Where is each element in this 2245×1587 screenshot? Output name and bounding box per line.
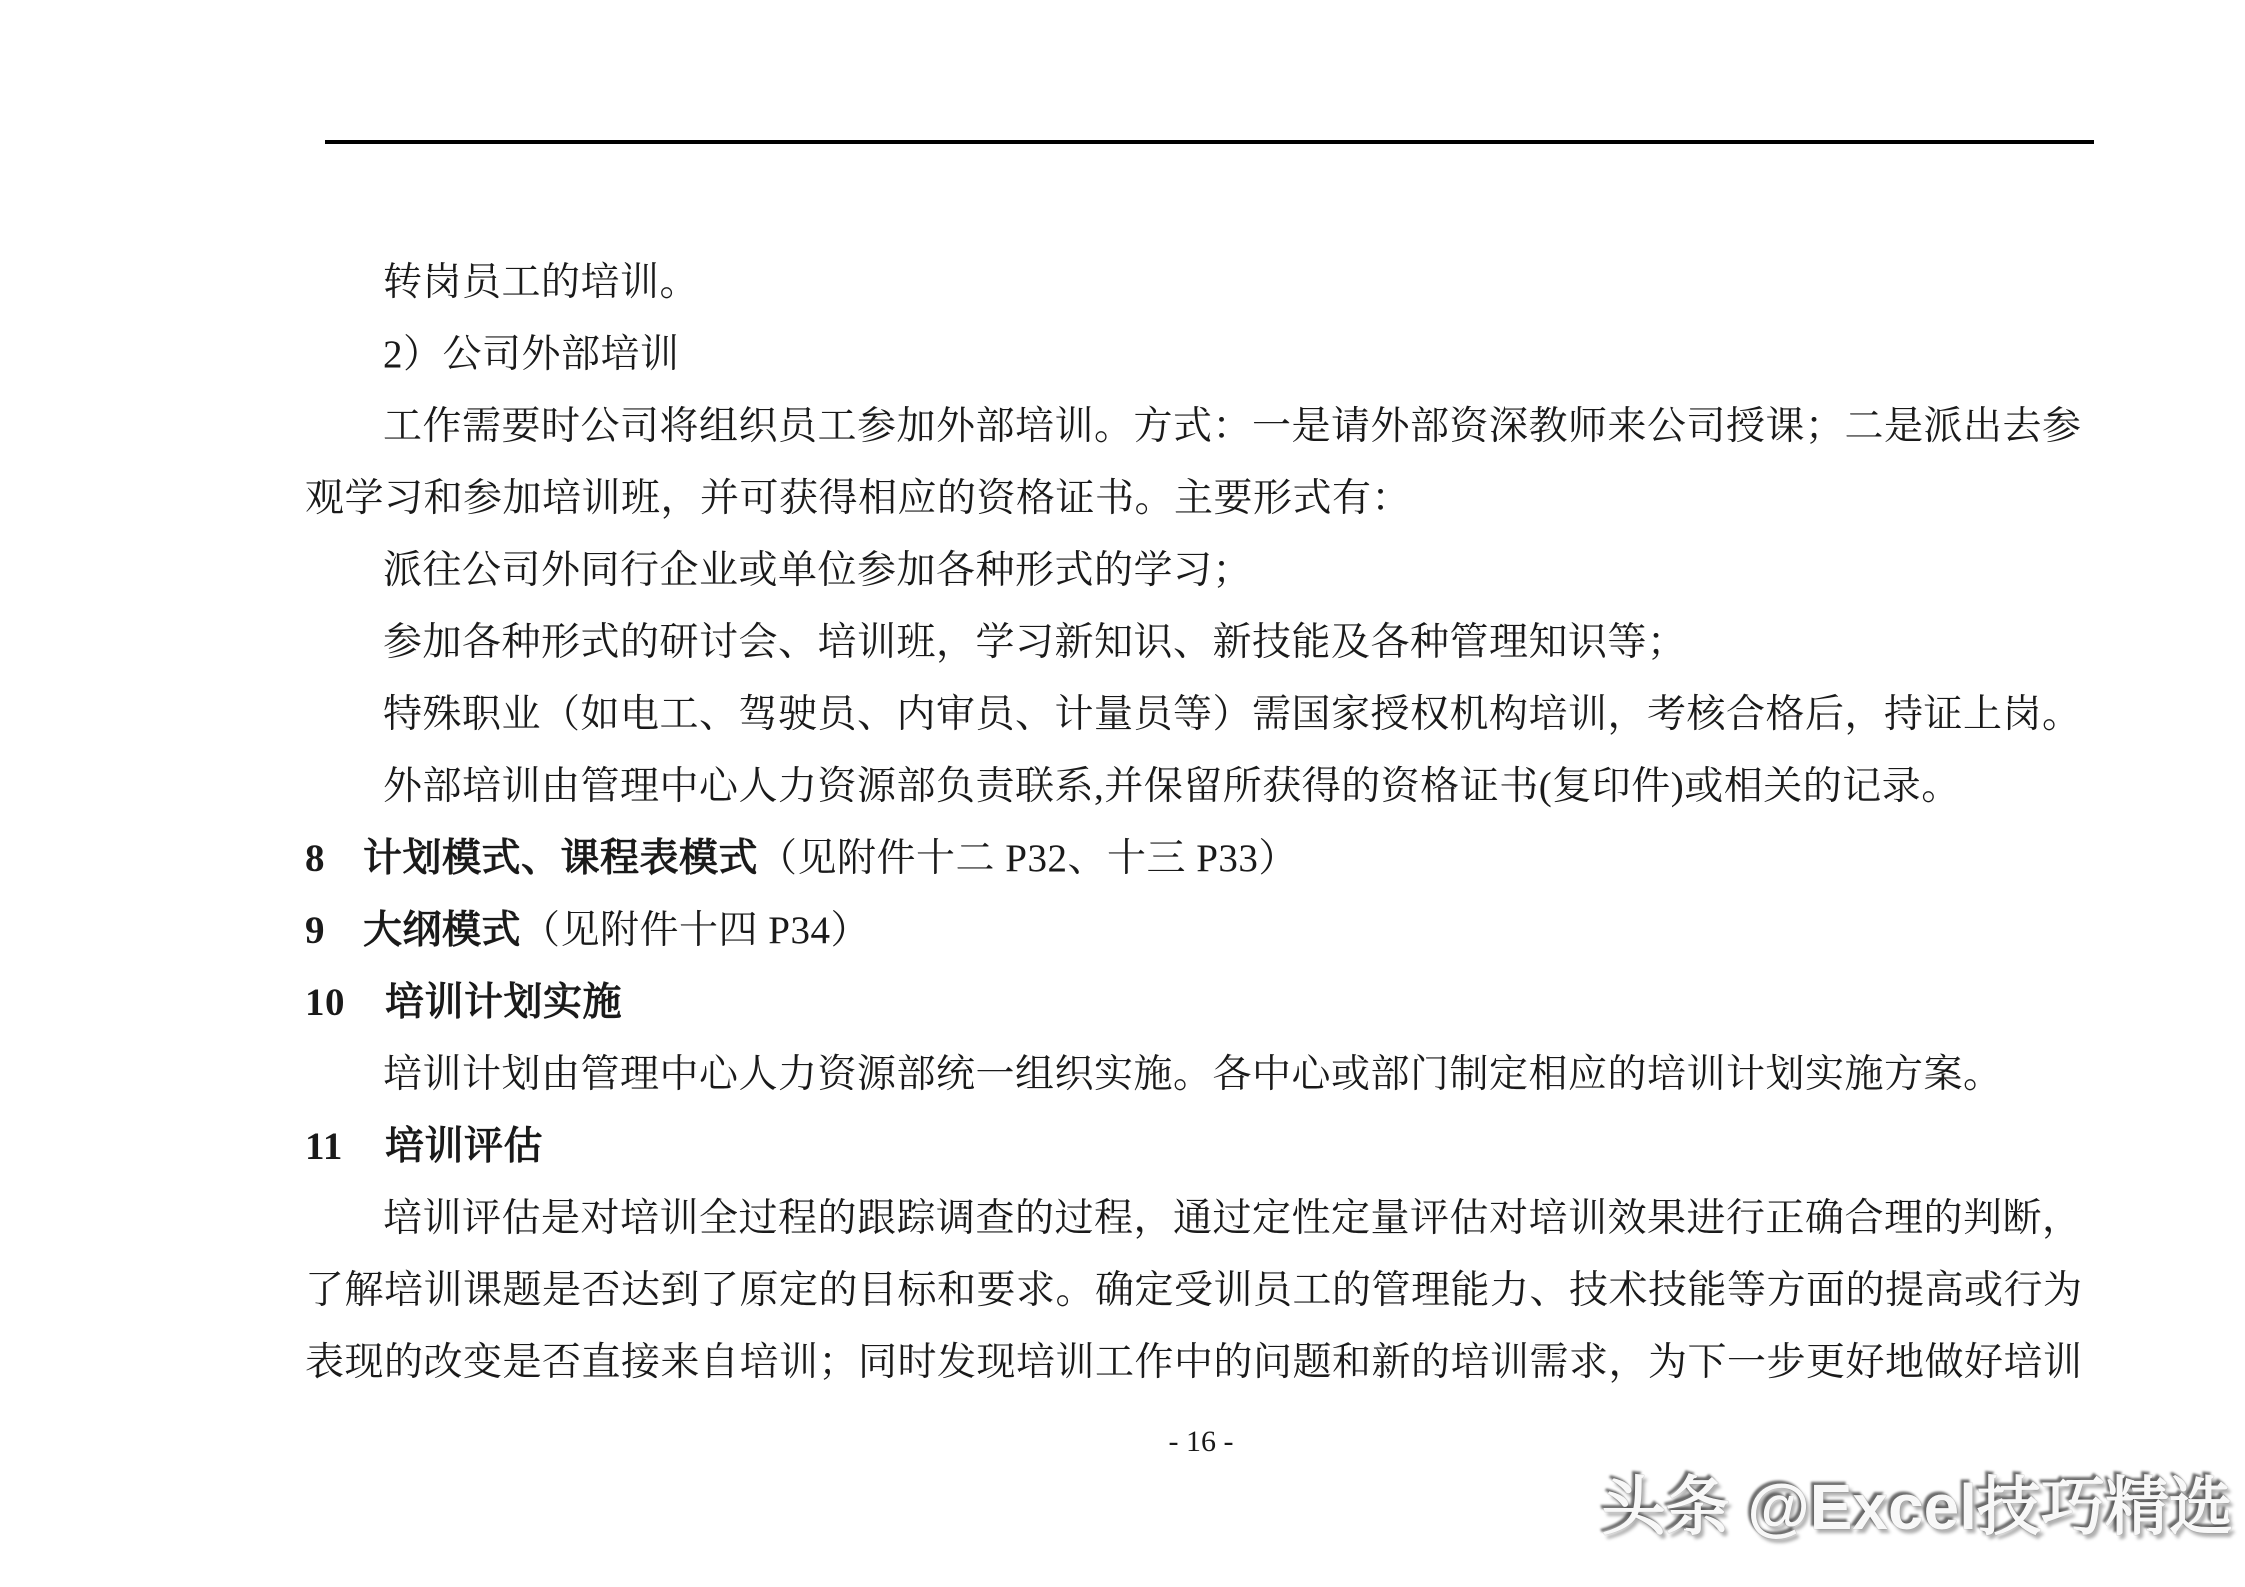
- section-title: 大纲模式: [363, 909, 521, 952]
- section-heading-9: 9大纲模式（见附件十四 P34）: [305, 895, 2105, 967]
- section-number: 10: [305, 967, 385, 1039]
- section-number: 8: [305, 823, 363, 895]
- body-line: 外部培训由管理中心人力资源部负责联系,并保留所获得的资格证书(复印件)或相关的记…: [305, 751, 2105, 823]
- body-line: 2）公司外部培训: [305, 319, 2105, 391]
- body-line: 培训评估是对培训全过程的跟踪调查的过程，通过定性定量评估对培训效果进行正确合理的…: [305, 1183, 2105, 1255]
- body-line: 观学习和参加培训班，并可获得相应的资格证书。主要形式有：: [305, 463, 2105, 535]
- section-title: 计划模式、课程表模式: [363, 837, 758, 880]
- body-line: 表现的改变是否直接来自培训；同时发现培训工作中的问题和新的培训需求，为下一步更好…: [305, 1327, 2105, 1399]
- body-line: 工作需要时公司将组织员工参加外部培训。方式：一是请外部资深教师来公司授课；二是派…: [305, 391, 2105, 463]
- section-number: 11: [305, 1111, 385, 1183]
- body-line: 培训计划由管理中心人力资源部统一组织实施。各中心或部门制定相应的培训计划实施方案…: [305, 1039, 2105, 1111]
- section-title: 培训评估: [385, 1125, 543, 1168]
- body-line: 参加各种形式的研讨会、培训班，学习新知识、新技能及各种管理知识等；: [305, 607, 2105, 679]
- body-line: 特殊职业（如电工、驾驶员、内审员、计量员等）需国家授权机构培训，考核合格后，持证…: [305, 679, 2105, 751]
- section-heading-10: 10培训计划实施: [305, 967, 2105, 1039]
- section-title-note: （见附件十二 P32、十三 P33）: [758, 837, 1298, 880]
- header-divider-rule: [325, 140, 2094, 144]
- section-number: 9: [305, 895, 363, 967]
- watermark: 头条 @Excel技巧精选: [1602, 1466, 2233, 1549]
- section-heading-8: 8计划模式、课程表模式（见附件十二 P32、十三 P33）: [305, 823, 2105, 895]
- document-page: 转岗员工的培训。 2）公司外部培训 工作需要时公司将组织员工参加外部培训。方式：…: [0, 0, 2245, 1587]
- document-body: 转岗员工的培训。 2）公司外部培训 工作需要时公司将组织员工参加外部培训。方式：…: [305, 247, 2105, 1399]
- section-heading-11: 11培训评估: [305, 1111, 2105, 1183]
- section-title-note: （见附件十四 P34）: [521, 909, 870, 952]
- body-line: 了解培训课题是否达到了原定的目标和要求。确定受训员工的管理能力、技术技能等方面的…: [305, 1255, 2105, 1327]
- section-title: 培训计划实施: [385, 981, 622, 1024]
- body-line: 转岗员工的培训。: [305, 247, 2105, 319]
- body-line: 派往公司外同行企业或单位参加各种形式的学习；: [305, 535, 2105, 607]
